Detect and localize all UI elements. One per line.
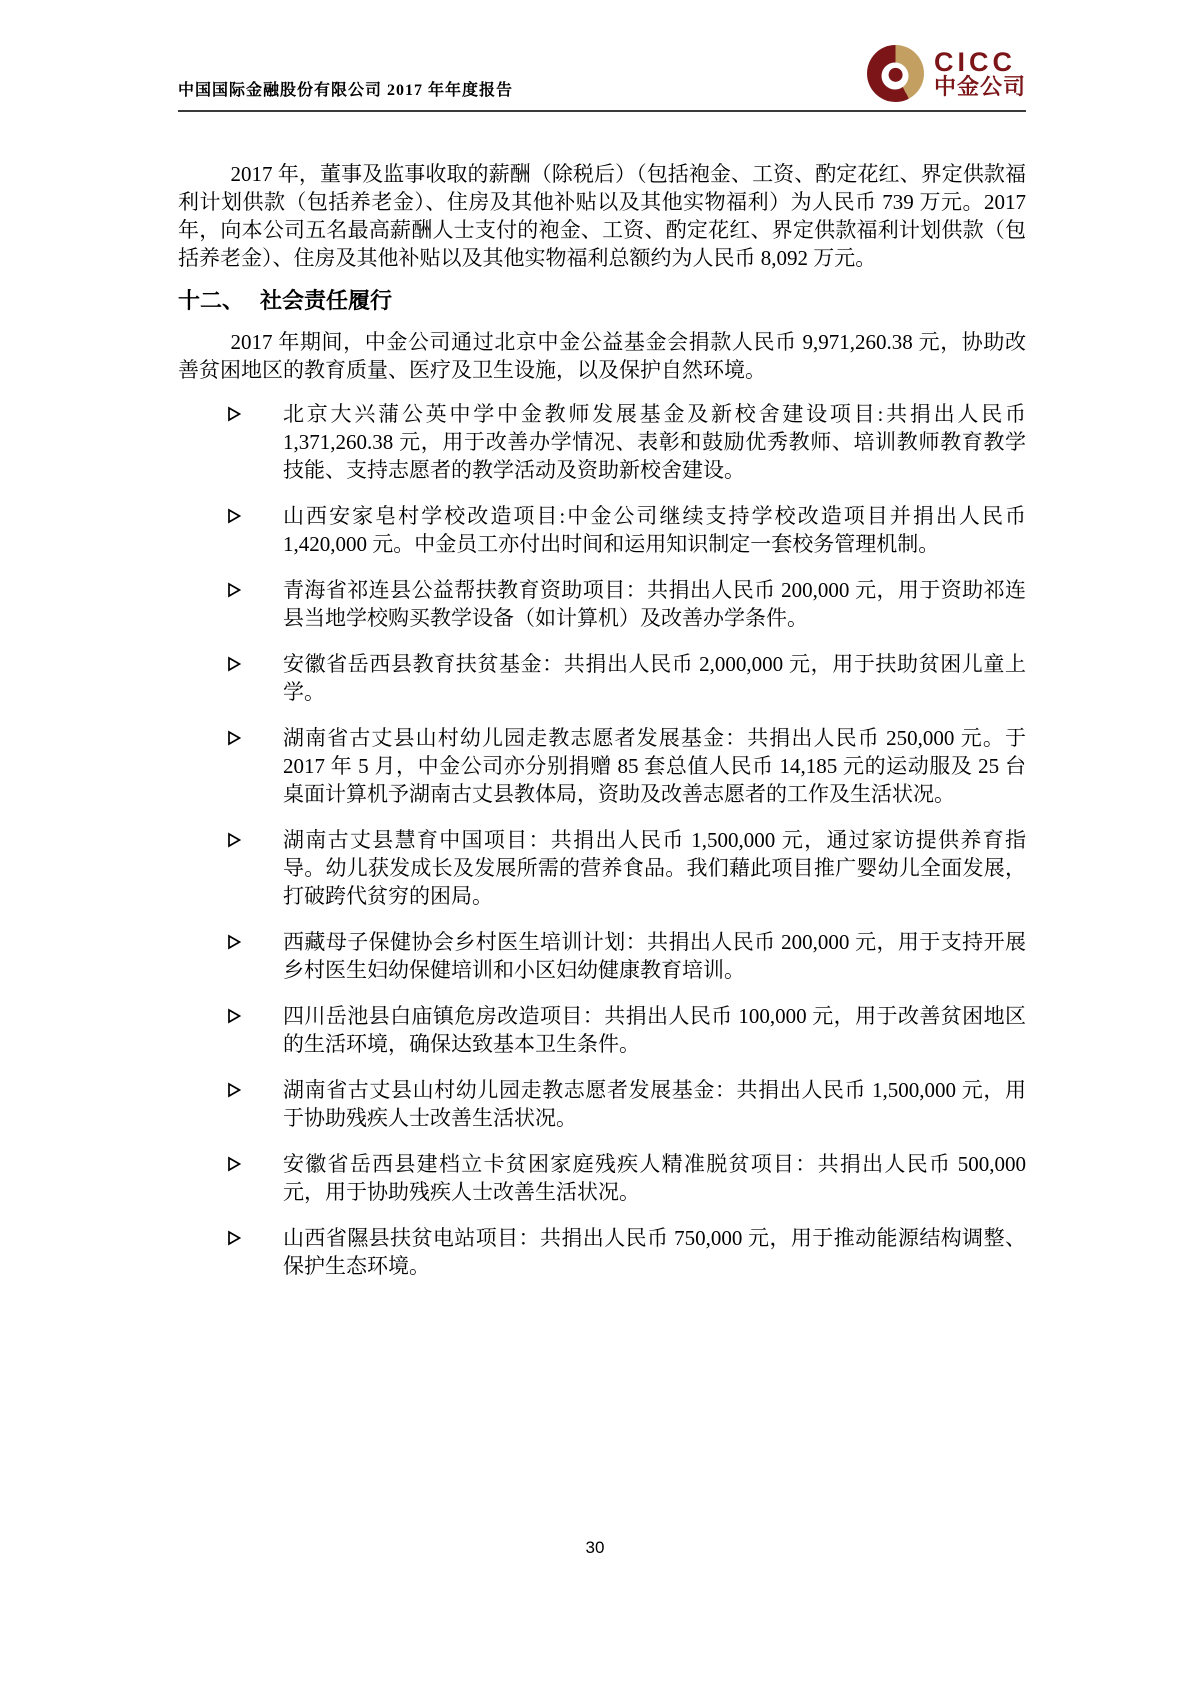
donation-item: 北京大兴蒲公英中学中金教师发展基金及新校舍建设项目:共捐出人民币 1,371,2… — [178, 400, 1026, 484]
arrowhead-bullet-icon — [226, 730, 242, 746]
section-number: 十二、 — [178, 288, 244, 313]
section-title: 社会责任履行 — [260, 288, 392, 313]
section-intro-paragraph: 2017 年期间，中金公司通过北京中金公益基金会捐款人民币 9,971,260.… — [178, 328, 1026, 384]
donation-list: 北京大兴蒲公英中学中金教师发展基金及新校舍建设项目:共捐出人民币 1,371,2… — [178, 400, 1026, 1280]
donation-text: 北京大兴蒲公英中学中金教师发展基金及新校舍建设项目:共捐出人民币 1,371,2… — [283, 402, 1026, 482]
arrowhead-bullet-icon — [226, 1230, 242, 1246]
donation-text: 四川岳池县白庙镇危房改造项目：共捐出人民币 100,000 元，用于改善贫困地区… — [283, 1004, 1026, 1056]
donation-text: 湖南省古丈县山村幼儿园走教志愿者发展基金：共捐出人民币 250,000 元。于 … — [283, 726, 1026, 806]
donation-item: 西藏母子保健协会乡村医生培训计划：共捐出人民币 200,000 元，用于支持开展… — [178, 928, 1026, 984]
arrowhead-bullet-icon — [226, 406, 242, 422]
arrowhead-bullet-icon — [226, 832, 242, 848]
donation-text: 山西省隰县扶贫电站项目：共捐出人民币 750,000 元，用于推动能源结构调整、… — [283, 1226, 1026, 1278]
arrowhead-bullet-icon — [226, 582, 242, 598]
section-heading: 十二、社会责任履行 — [178, 288, 1026, 314]
page-header: 中国国际金融股份有限公司 2017 年年度报告 CICC 中金公司 — [178, 44, 1026, 112]
donation-text: 湖南古丈县慧育中国项目：共捐出人民币 1,500,000 元，通过家访提供养育指… — [283, 828, 1026, 908]
cicc-logo: CICC 中金公司 — [867, 45, 1026, 102]
arrowhead-bullet-icon — [226, 1082, 242, 1098]
logo-text: CICC 中金公司 — [934, 49, 1026, 99]
donation-text: 安徽省岳西县教育扶贫基金：共捐出人民币 2,000,000 元，用于扶助贫困儿童… — [283, 652, 1026, 704]
donation-item: 湖南省古丈县山村幼儿园走教志愿者发展基金：共捐出人民币 1,500,000 元，… — [178, 1076, 1026, 1132]
arrowhead-bullet-icon — [226, 1008, 242, 1024]
annual-report-page: 中国国际金融股份有限公司 2017 年年度报告 CICC 中金公司 2017 年… — [0, 0, 1190, 1684]
document-body: 2017 年，董事及监事收取的薪酬（除税后）（包括袍金、工资、酌定花红、界定供款… — [178, 160, 1026, 1298]
page-number: 30 — [0, 1538, 1190, 1558]
donation-item: 山西省隰县扶贫电站项目：共捐出人民币 750,000 元，用于推动能源结构调整、… — [178, 1224, 1026, 1280]
donation-text: 安徽省岳西县建档立卡贫困家庭残疾人精准脱贫项目：共捐出人民币 500,000 元… — [283, 1152, 1026, 1204]
donation-item: 山西安家皂村学校改造项目:中金公司继续支持学校改造项目并捐出人民币 1,420,… — [178, 502, 1026, 558]
report-title: 中国国际金融股份有限公司 2017 年年度报告 — [178, 77, 513, 102]
cicc-logo-icon — [867, 45, 924, 102]
donation-text: 青海省祁连县公益帮扶教育资助项目：共捐出人民币 200,000 元，用于资助祁连… — [283, 578, 1026, 630]
logo-name-cn: 中金公司 — [934, 76, 1026, 98]
donation-text: 山西安家皂村学校改造项目:中金公司继续支持学校改造项目并捐出人民币 1,420,… — [283, 504, 1026, 556]
arrowhead-bullet-icon — [226, 656, 242, 672]
donation-item: 四川岳池县白庙镇危房改造项目：共捐出人民币 100,000 元，用于改善贫困地区… — [178, 1002, 1026, 1058]
arrowhead-bullet-icon — [226, 1156, 242, 1172]
donation-item: 青海省祁连县公益帮扶教育资助项目：共捐出人民币 200,000 元，用于资助祁连… — [178, 576, 1026, 632]
donation-item: 安徽省岳西县建档立卡贫困家庭残疾人精准脱贫项目：共捐出人民币 500,000 元… — [178, 1150, 1026, 1206]
donation-text: 西藏母子保健协会乡村医生培训计划：共捐出人民币 200,000 元，用于支持开展… — [283, 930, 1026, 982]
compensation-paragraph: 2017 年，董事及监事收取的薪酬（除税后）（包括袍金、工资、酌定花红、界定供款… — [178, 160, 1026, 272]
donation-item: 湖南古丈县慧育中国项目：共捐出人民币 1,500,000 元，通过家访提供养育指… — [178, 826, 1026, 910]
arrowhead-bullet-icon — [226, 508, 242, 524]
logo-inner-dot — [889, 67, 903, 81]
donation-item: 湖南省古丈县山村幼儿园走教志愿者发展基金：共捐出人民币 250,000 元。于 … — [178, 724, 1026, 808]
donation-text: 湖南省古丈县山村幼儿园走教志愿者发展基金：共捐出人民币 1,500,000 元，… — [283, 1078, 1026, 1130]
donation-item: 安徽省岳西县教育扶贫基金：共捐出人民币 2,000,000 元，用于扶助贫困儿童… — [178, 650, 1026, 706]
logo-name-en: CICC — [934, 49, 1026, 77]
arrowhead-bullet-icon — [226, 934, 242, 950]
